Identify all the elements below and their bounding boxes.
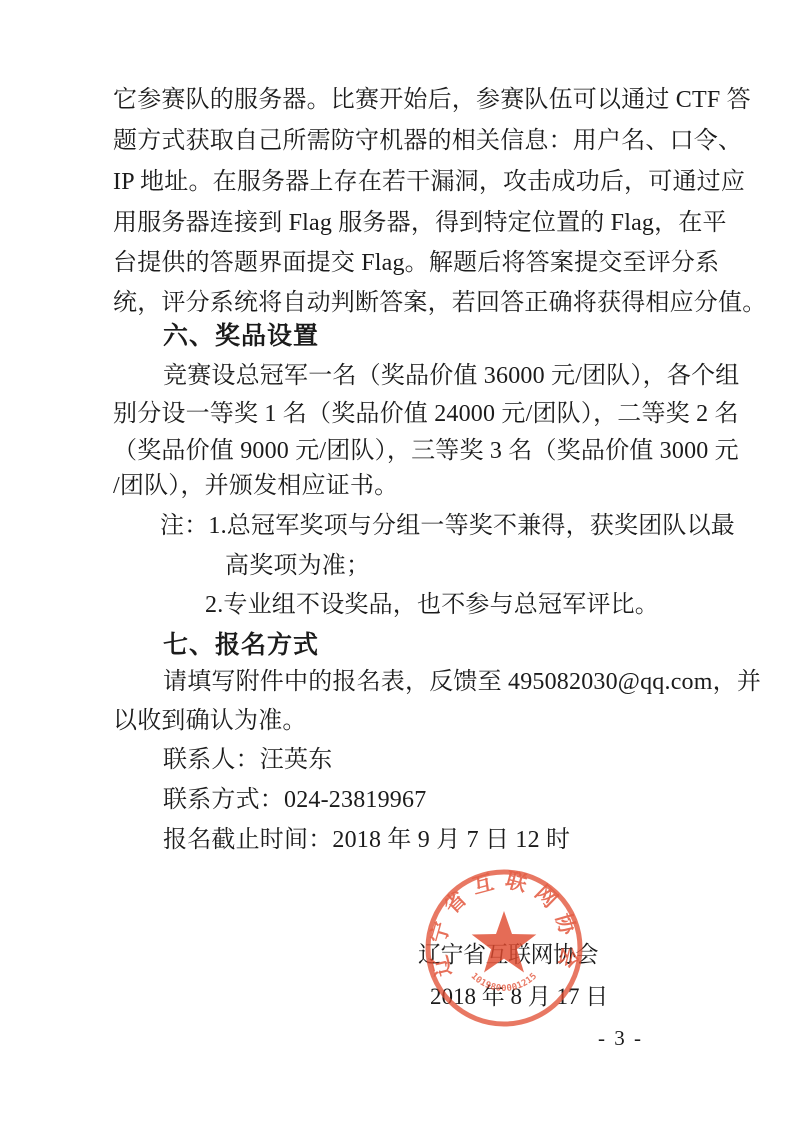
document-line: 它参赛队的服务器。比赛开始后，参赛队伍可以通过 CTF 答 (113, 85, 693, 115)
deadline-line: 报名截止时间：2018 年 9 月 7 日 12 时 (113, 825, 743, 855)
document-line: 以收到确认为准。 (113, 706, 693, 736)
document-line: IP 地址。在服务器上存在若干漏洞，攻击成功后，可通过应 (113, 167, 693, 197)
document-line: （奖品价值 9000 元/团队），三等奖 3 名（奖品价值 3000 元 (113, 436, 693, 466)
document-line: 台提供的答题界面提交 Flag。解题后将答案提交至评分系 (113, 248, 693, 278)
document-line: 用服务器连接到 Flag 服务器，得到特定位置的 Flag，在平 (113, 208, 693, 238)
contact-phone-line: 联系方式：024-23819967 (113, 785, 743, 815)
document-page: 它参赛队的服务器。比赛开始后，参赛队伍可以通过 CTF 答 题方式获取自己所需防… (0, 0, 793, 1122)
star-icon (472, 911, 537, 973)
contact-person-line: 联系人：汪英东 (113, 745, 743, 775)
document-note-line: 高奖项为准； (113, 551, 793, 581)
document-line: /团队），并颁发相应证书。 (113, 471, 693, 501)
section-heading-registration: 七、报名方式 (113, 630, 743, 660)
document-line: 别分设一等奖 1 名（奖品价值 24000 元/团队），二等奖 2 名 (113, 399, 693, 429)
page-number: - 3 - (598, 1026, 643, 1051)
document-line: 请填写附件中的报名表，反馈至 495082030@qq.com，并 (113, 667, 743, 697)
official-seal-stamp: 辽宁省互联网协会 210198000012157 (409, 853, 599, 1043)
document-note-line: 2.专业组不设奖品，也不参与总冠军评比。 (113, 590, 785, 620)
document-line: 统，评分系统将自动判断答案，若回答正确将获得相应分值。 (113, 288, 693, 318)
document-line: 竞赛设总冠军一名（奖品价值 36000 元/团队），各个组 (113, 361, 743, 391)
section-heading-prizes: 六、奖品设置 (113, 321, 743, 351)
document-note-line: 注：1.总冠军奖项与分组一等奖不兼得，获奖团队以最 (113, 511, 740, 541)
document-line: 题方式获取自己所需防守机器的相关信息：用户名、口令、 (113, 126, 693, 156)
